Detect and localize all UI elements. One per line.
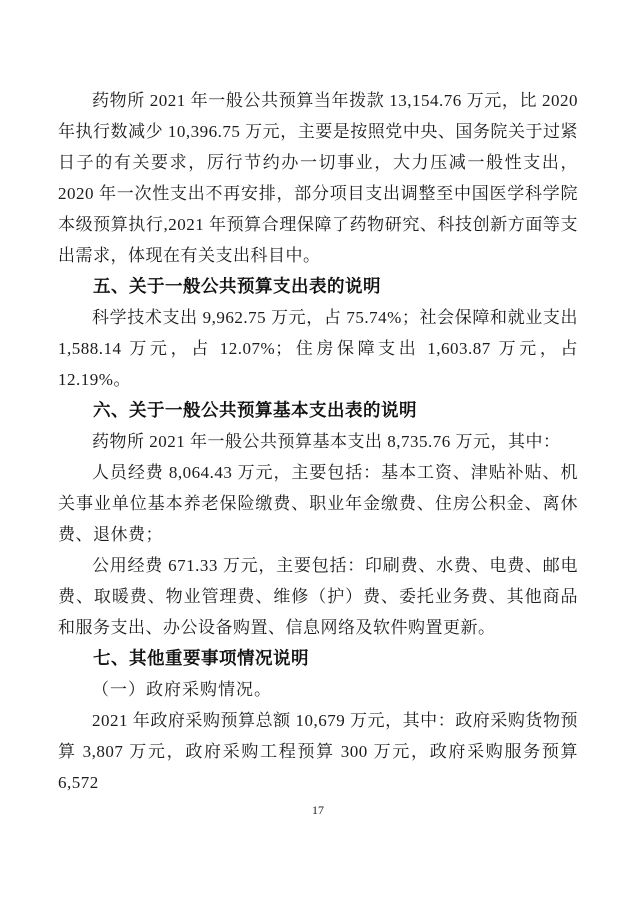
- para-public-expenses: 公用经费 671.33 万元，主要包括：印刷费、水费、电费、邮电费、取暖费、物业…: [58, 550, 578, 643]
- para-procurement-budget: 2021 年政府采购预算总额 10,679 万元，其中：政府采购货物预算 3,8…: [58, 705, 578, 798]
- para-personnel-expenses: 人员经费 8,064.43 万元，主要包括：基本工资、津贴补贴、机关事业单位基本…: [58, 457, 578, 550]
- page-number: 17: [312, 803, 324, 817]
- subheading-gov-procurement: （一）政府采购情况。: [58, 674, 578, 705]
- page-footer: 17: [58, 801, 578, 819]
- para-budget-allocation: 药物所 2021 年一般公共预算当年拨款 13,154.76 万元，比 2020…: [58, 85, 578, 271]
- heading-section-5: 五、关于一般公共预算支出表的说明: [58, 271, 578, 302]
- para-expenditure-breakdown: 科学技术支出 9,962.75 万元，占 75.74%；社会保障和就业支出 1,…: [58, 302, 578, 395]
- heading-section-7: 七、其他重要事项情况说明: [58, 643, 578, 674]
- document-content: 药物所 2021 年一般公共预算当年拨款 13,154.76 万元，比 2020…: [0, 0, 640, 819]
- heading-section-6: 六、关于一般公共预算基本支出表的说明: [58, 395, 578, 426]
- document-page: 药物所 2021 年一般公共预算当年拨款 13,154.76 万元，比 2020…: [0, 0, 640, 905]
- para-basic-expenditure-total: 药物所 2021 年一般公共预算基本支出 8,735.76 万元，其中：: [58, 426, 578, 457]
